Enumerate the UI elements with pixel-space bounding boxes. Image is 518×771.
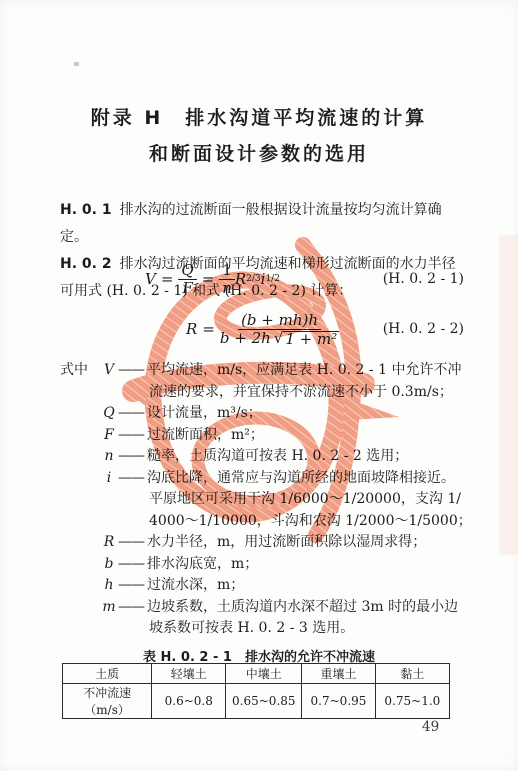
definition-m-cont: 坡系数可按表 H. 0. 2 - 3 选用。 [60,618,460,640]
equation-1: V = Q F = 1 n R2/3 i1/2 [145,258,280,300]
table-row-label: 不冲流速（m/s） [63,684,152,719]
eq2-radicand: 1 + m² [283,331,339,346]
table-header-cell: 土质 [63,664,152,684]
table-value-cell: 0.7~0.95 [302,684,375,719]
table-value-cell: 0.65~0.85 [226,684,302,719]
page-edge-bleed [499,235,518,555]
eq1-lhs: V [145,270,156,288]
definition-V-cont: 流速的要求，并宜保持不淤流速不小于 0.3m/s； [60,382,460,404]
radical-sign: √ [274,331,284,346]
dash: —— [118,554,144,576]
table-value-cell: 0.75~1.0 [375,684,449,719]
eq1-label: (H. 0. 2 - 1) [383,258,464,300]
equation-row-2: R = (b + mh)h b + 2h√1 + m² (H. 0. 2 - 2… [60,306,460,352]
definition-i: i —— 沟底比降，通常应与沟道所经的地面坡降相接近。 [60,468,460,490]
clause-h01-text: 排水沟的过流断面一般根据设计流量按均匀流计算确定。 [60,202,442,245]
title-line-1: 附录 H 排水沟道平均流速的计算 [0,100,518,136]
eq2-radical: √1 + m² [274,331,339,346]
table-row: 不冲流速（m/s） 0.6~0.8 0.65~0.85 0.7~0.95 0.7… [63,684,450,719]
dash: —— [118,446,144,468]
table-header-row: 土质 轻壤土 中壤土 重壤土 黏土 [63,664,450,684]
document-page: 附录 H 排水沟道平均流速的计算 和断面设计参数的选用 H. 0. 1排水沟的过… [0,0,518,771]
definition-i-cont-2: 4000～1/10000，斗沟和农沟 1/2000～1/5000； [60,511,460,533]
definition-m: m —— 边坡系数，土质沟道内水深不超过 3m 时的最小边 [60,597,460,619]
definition-i-cont-1: 平原地区可采用干沟 1/6000～1/20000，支沟 1/ [60,489,460,511]
dash: —— [118,532,144,554]
dash: —— [118,360,144,382]
eq1-i-exponent: 1/2 [265,274,279,284]
velocity-table: 土质 轻壤土 中壤土 重壤土 黏土 不冲流速（m/s） 0.6~0.8 0.65… [62,663,450,719]
table-header-cell: 中壤土 [226,664,302,684]
eq2-equals: = [202,320,215,338]
eq2-denominator: b + 2h√1 + m² [220,330,339,346]
table-value-cell: 0.6~0.8 [152,684,226,719]
eq1-fraction-QF: Q F [178,263,196,296]
table-header-cell: 轻壤土 [152,664,226,684]
eq2-lhs: R [186,320,197,338]
eq2-label: (H. 0. 2 - 2) [383,306,464,352]
table-header-cell: 黏土 [375,664,449,684]
symbol-definitions: 式中 V —— 平均流速，m/s，应满足表 H. 0. 2 - 1 中允许不冲 … [60,360,460,640]
definition-R: R —— 水力半径，m，用过流断面积除以湿周求得； [60,532,460,554]
dash: —— [118,425,144,447]
scan-speck [74,62,79,66]
eq2-numerator: (b + mh)h [238,313,321,330]
appendix-title: 附录 H 排水沟道平均流速的计算 和断面设计参数的选用 [0,100,518,172]
eq1-equals-2: = [202,270,215,288]
dash: —— [118,597,144,619]
eq2-fraction: (b + mh)h b + 2h√1 + m² [220,313,339,346]
eq1-fraction-1n: 1 n [219,263,235,296]
equation-row-1: V = Q F = 1 n R2/3 i1/2 (H. 0. 2 - 1) [60,258,460,300]
definition-Q: Q —— 设计流量，m³/s； [60,403,460,425]
definition-F: F —— 过流断面积，m²； [60,425,460,447]
definition-h: h —— 过流水深，m； [60,575,460,597]
dash: —— [118,468,144,490]
definition-b: b —— 排水沟底宽，m； [60,554,460,576]
page-number: 49 [422,719,439,735]
equation-2: R = (b + mh)h b + 2h√1 + m² [186,306,339,352]
definition-n: n —— 糙率，土质沟道可按表 H. 0. 2 - 2 选用； [60,446,460,468]
table-header-cell: 重壤土 [302,664,375,684]
title-line-2: 和断面设计参数的选用 [0,136,518,172]
definition-V: 式中 V —— 平均流速，m/s，应满足表 H. 0. 2 - 1 中允许不冲 [60,360,460,382]
clause-h01-label: H. 0. 1 [60,202,112,218]
where-intro: 式中 [60,360,100,382]
clause-h01: H. 0. 1排水沟的过流断面一般根据设计流量按均匀流计算确定。 [60,197,460,251]
eq1-R: R [235,270,246,288]
dash: —— [118,403,144,425]
dash: —— [118,575,144,597]
eq1-equals-1: = [161,270,174,288]
eq1-R-exponent: 2/3 [246,274,260,284]
